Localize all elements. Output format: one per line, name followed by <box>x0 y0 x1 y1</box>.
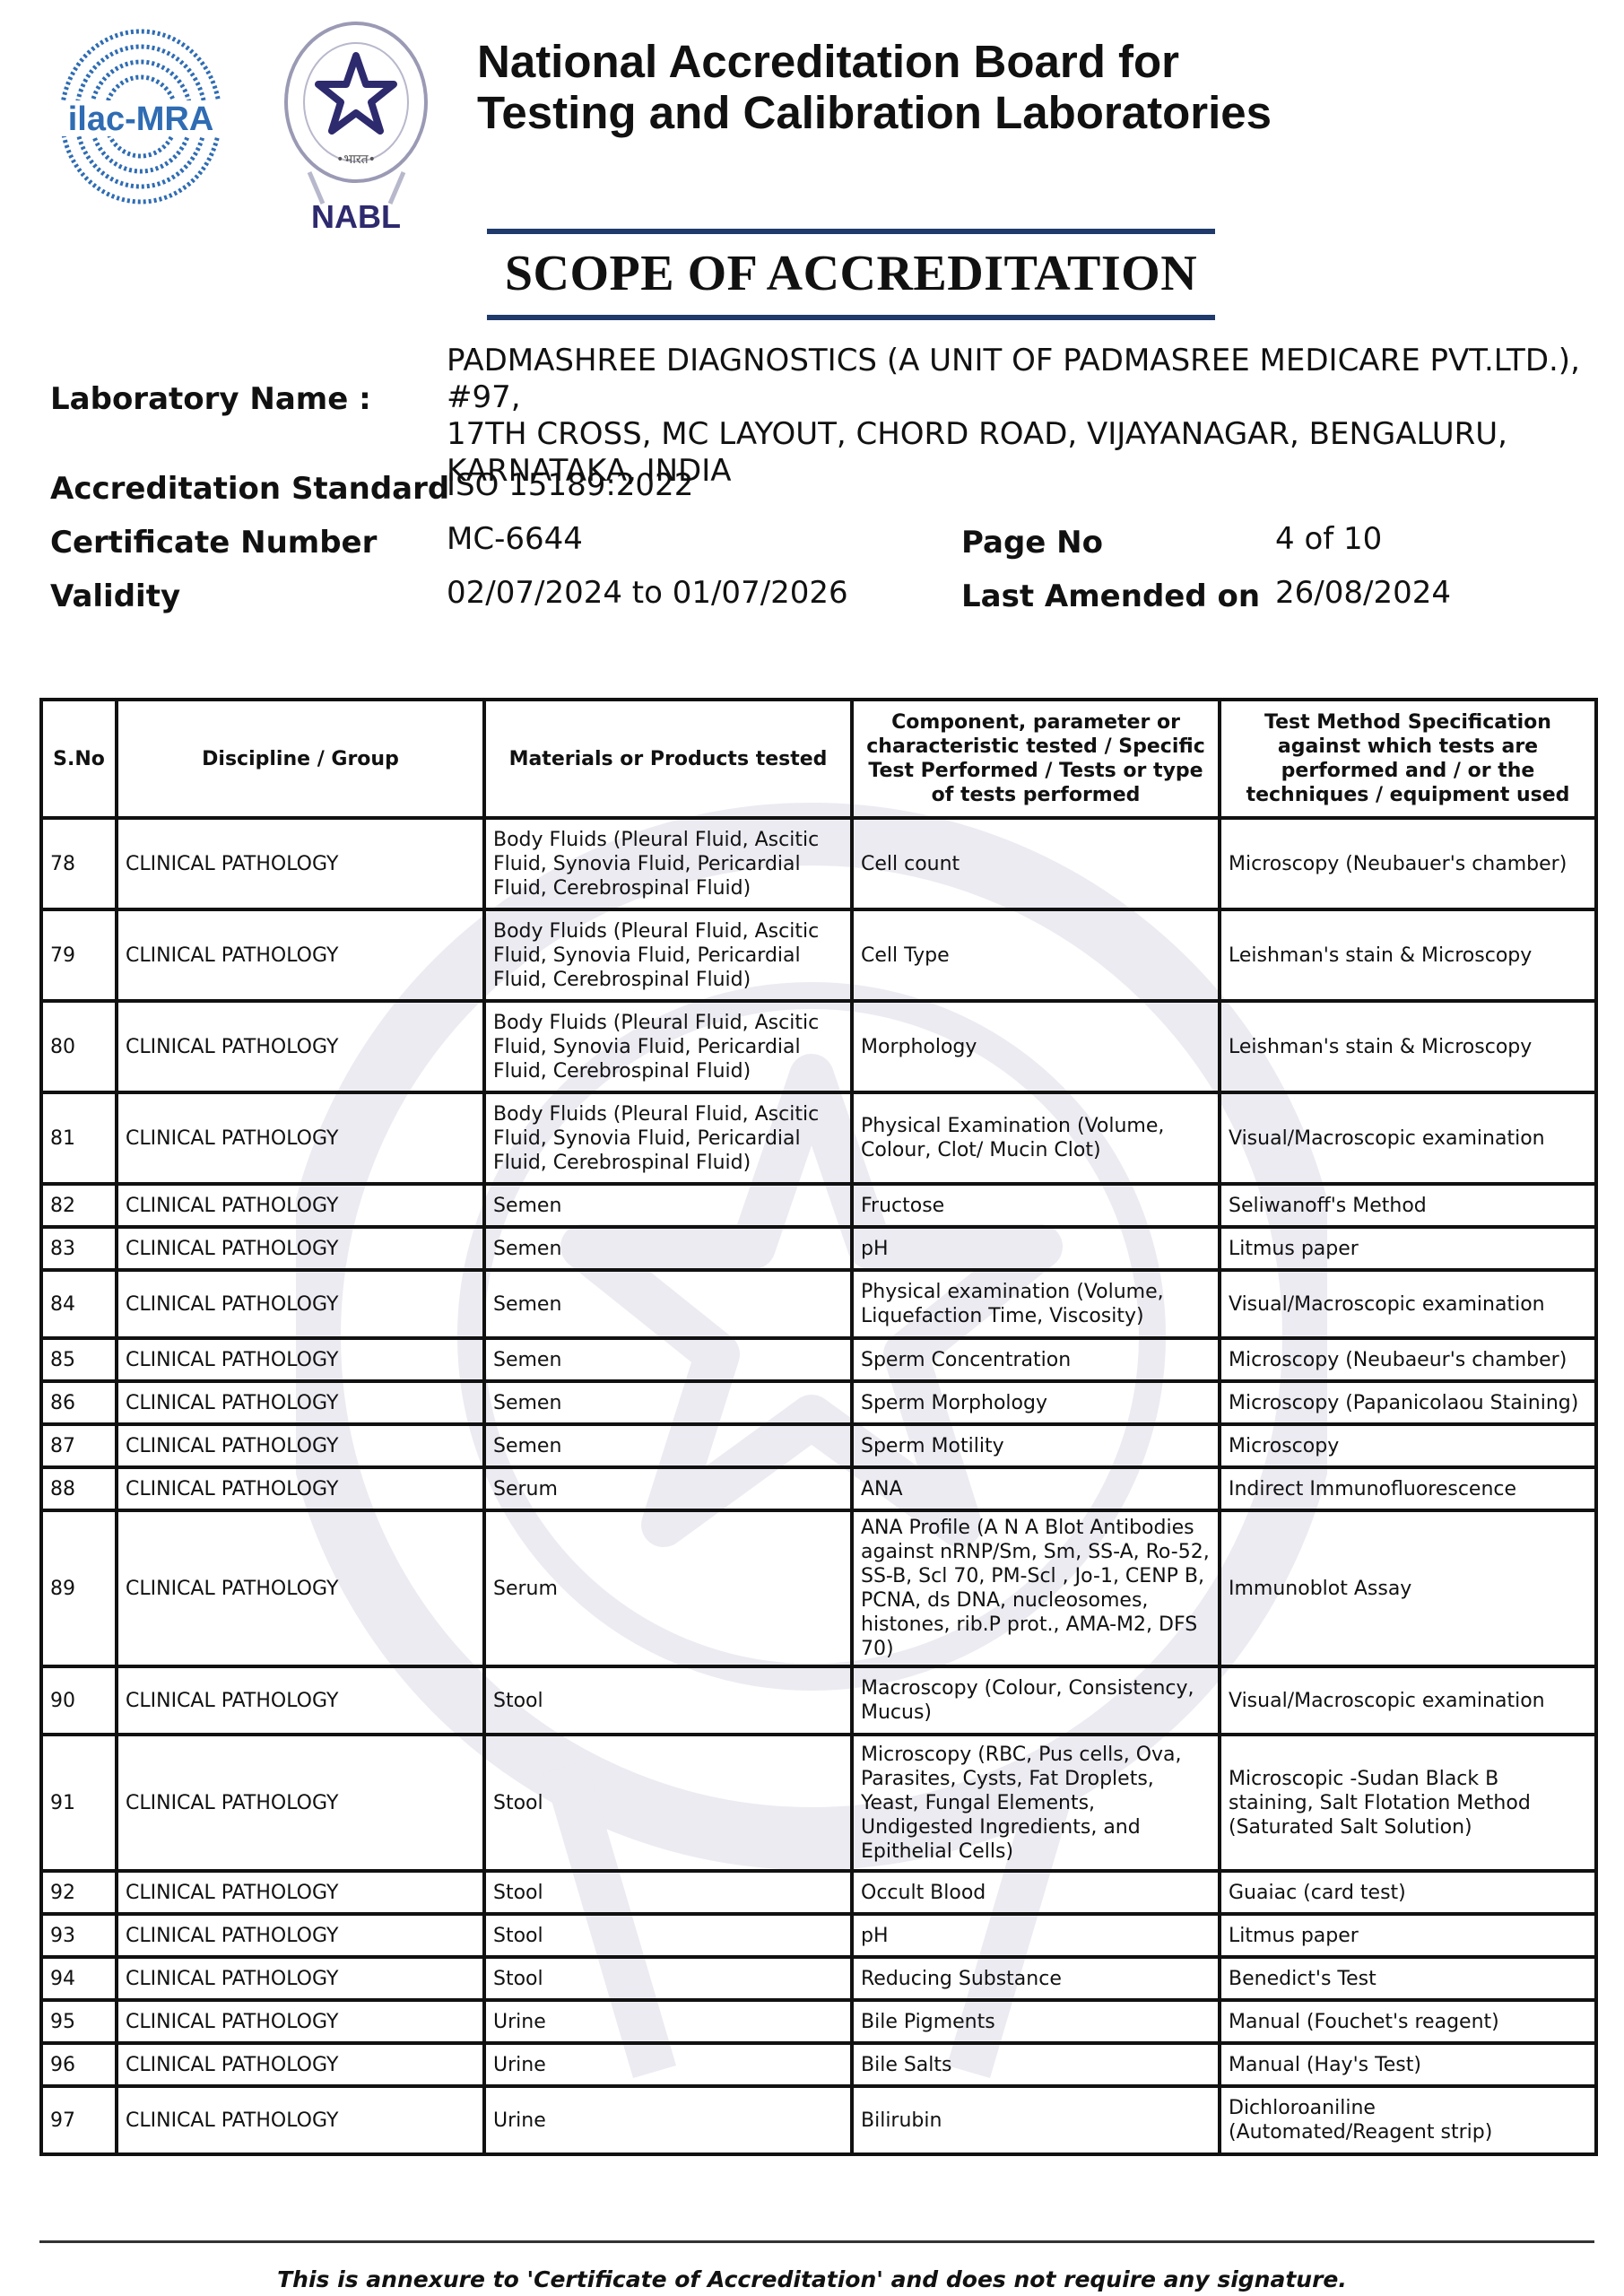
cell-sno: 86 <box>41 1381 117 1424</box>
cell-sno: 95 <box>41 2000 117 2043</box>
cell-method: Guaiac (card test) <box>1220 1871 1596 1914</box>
cell-sno: 80 <box>41 1001 117 1092</box>
cell-discipline: CLINICAL PATHOLOGY <box>117 1424 484 1467</box>
org-title: National Accreditation Board for Testing… <box>477 36 1272 138</box>
cell-discipline: CLINICAL PATHOLOGY <box>117 2086 484 2154</box>
col-header-sno: S.No <box>41 700 117 818</box>
cell-method: Manual (Hay's Test) <box>1220 2043 1596 2086</box>
scope-table: S.No Discipline / Group Materials or Pro… <box>39 698 1598 2156</box>
cell-material: Serum <box>484 1467 852 1510</box>
cell-parameter: Fructose <box>852 1184 1220 1227</box>
cell-parameter: Bilirubin <box>852 2086 1220 2154</box>
cell-discipline: CLINICAL PATHOLOGY <box>117 2043 484 2086</box>
cell-method: Microscopy <box>1220 1424 1596 1467</box>
org-title-line2: Testing and Calibration Laboratories <box>477 87 1272 138</box>
cell-method: Litmus paper <box>1220 1227 1596 1270</box>
cell-method: Litmus paper <box>1220 1914 1596 1957</box>
cell-parameter: pH <box>852 1227 1220 1270</box>
cell-discipline: CLINICAL PATHOLOGY <box>117 1270 484 1338</box>
cell-parameter: Microscopy (RBC, Pus cells, Ova, Parasit… <box>852 1735 1220 1871</box>
cell-discipline: CLINICAL PATHOLOGY <box>117 1381 484 1424</box>
cell-sno: 94 <box>41 1957 117 2000</box>
cell-material: Urine <box>484 2043 852 2086</box>
cell-parameter: ANA <box>852 1467 1220 1510</box>
cell-method: Leishman's stain & Microscopy <box>1220 909 1596 1001</box>
cell-method: Visual/Macroscopic examination <box>1220 1270 1596 1338</box>
col-header-parameter: Component, parameter or characteristic t… <box>852 700 1220 818</box>
standard-value: ISO 15189:2022 <box>447 467 693 504</box>
ilac-mra-logo: ilac-MRA <box>56 27 226 206</box>
table-row: 93CLINICAL PATHOLOGYStoolpHLitmus paper <box>41 1914 1596 1957</box>
footer-note: This is annexure to 'Certificate of Accr… <box>0 2266 1624 2292</box>
cell-discipline: CLINICAL PATHOLOGY <box>117 1666 484 1735</box>
title-rule-bottom <box>487 315 1215 320</box>
cell-material: Urine <box>484 2000 852 2043</box>
org-title-line1: National Accreditation Board for <box>477 36 1272 87</box>
cell-parameter: Physical Examination (Volume, Colour, Cl… <box>852 1092 1220 1184</box>
cell-discipline: CLINICAL PATHOLOGY <box>117 1184 484 1227</box>
cell-parameter: ANA Profile (A N A Blot Antibodies again… <box>852 1510 1220 1666</box>
cell-material: Semen <box>484 1381 852 1424</box>
cell-sno: 91 <box>41 1735 117 1871</box>
cell-method: Manual (Fouchet's reagent) <box>1220 2000 1596 2043</box>
cell-material: Urine <box>484 2086 852 2154</box>
cell-material: Serum <box>484 1510 852 1666</box>
cell-sno: 84 <box>41 1270 117 1338</box>
col-header-discipline: Discipline / Group <box>117 700 484 818</box>
table-body: 78CLINICAL PATHOLOGYBody Fluids (Pleural… <box>41 818 1596 2154</box>
table-row: 82CLINICAL PATHOLOGYSemenFructoseSeliwan… <box>41 1184 1596 1227</box>
cell-method: Immunoblot Assay <box>1220 1510 1596 1666</box>
nabl-text: NABL <box>311 198 401 235</box>
cell-material: Stool <box>484 1957 852 2000</box>
cell-material: Stool <box>484 1871 852 1914</box>
cell-discipline: CLINICAL PATHOLOGY <box>117 1914 484 1957</box>
table-row: 95CLINICAL PATHOLOGYUrineBile PigmentsMa… <box>41 2000 1596 2043</box>
table-row: 86CLINICAL PATHOLOGYSemenSperm Morpholog… <box>41 1381 1596 1424</box>
certificate-label: Certificate Number <box>50 525 377 561</box>
ilac-mra-text: ilac-MRA <box>68 100 214 138</box>
cell-material: Stool <box>484 1914 852 1957</box>
footer-divider <box>39 2240 1594 2243</box>
cell-material: Stool <box>484 1735 852 1871</box>
table-row: 85CLINICAL PATHOLOGYSemenSperm Concentra… <box>41 1338 1596 1381</box>
cell-parameter: Sperm Motility <box>852 1424 1220 1467</box>
cell-sno: 88 <box>41 1467 117 1510</box>
certificate-value: MC-6644 <box>447 521 583 558</box>
table-row: 91CLINICAL PATHOLOGYStoolMicroscopy (RBC… <box>41 1735 1596 1871</box>
table-row: 89CLINICAL PATHOLOGYSerumANA Profile (A … <box>41 1510 1596 1666</box>
cell-method: Microscopy (Neubaeur's chamber) <box>1220 1338 1596 1381</box>
table-row: 78CLINICAL PATHOLOGYBody Fluids (Pleural… <box>41 818 1596 909</box>
cell-sno: 96 <box>41 2043 117 2086</box>
cell-parameter: pH <box>852 1914 1220 1957</box>
cell-parameter: Macroscopy (Colour, Consistency, Mucus) <box>852 1666 1220 1735</box>
cell-sno: 93 <box>41 1914 117 1957</box>
cell-discipline: CLINICAL PATHOLOGY <box>117 1001 484 1092</box>
cell-method: Dichloroaniline (Automated/Reagent strip… <box>1220 2086 1596 2154</box>
cell-discipline: CLINICAL PATHOLOGY <box>117 1735 484 1871</box>
table-row: 96CLINICAL PATHOLOGYUrineBile SaltsManua… <box>41 2043 1596 2086</box>
last-amended-label: Last Amended on <box>961 578 1260 614</box>
cell-material: Semen <box>484 1424 852 1467</box>
table-row: 97CLINICAL PATHOLOGYUrineBilirubinDichlo… <box>41 2086 1596 2154</box>
cell-material: Body Fluids (Pleural Fluid, Ascitic Flui… <box>484 909 852 1001</box>
cell-parameter: Physical examination (Volume, Liquefacti… <box>852 1270 1220 1338</box>
cell-material: Semen <box>484 1338 852 1381</box>
cell-discipline: CLINICAL PATHOLOGY <box>117 1338 484 1381</box>
cell-sno: 90 <box>41 1666 117 1735</box>
cell-sno: 85 <box>41 1338 117 1381</box>
cell-parameter: Bile Pigments <box>852 2000 1220 2043</box>
page-title: SCOPE OF ACCREDITATION <box>487 234 1215 315</box>
scope-title-block: SCOPE OF ACCREDITATION <box>487 229 1215 320</box>
cell-sno: 97 <box>41 2086 117 2154</box>
table-row: 90CLINICAL PATHOLOGYStoolMacroscopy (Col… <box>41 1666 1596 1735</box>
cell-sno: 92 <box>41 1871 117 1914</box>
cell-parameter: Sperm Morphology <box>852 1381 1220 1424</box>
cell-sno: 82 <box>41 1184 117 1227</box>
cell-discipline: CLINICAL PATHOLOGY <box>117 1510 484 1666</box>
cell-sno: 83 <box>41 1227 117 1270</box>
cell-method: Microscopy (Papanicolaou Staining) <box>1220 1381 1596 1424</box>
table-row: 83CLINICAL PATHOLOGYSemenpHLitmus paper <box>41 1227 1596 1270</box>
cell-material: Body Fluids (Pleural Fluid, Ascitic Flui… <box>484 1092 852 1184</box>
cell-material: Body Fluids (Pleural Fluid, Ascitic Flui… <box>484 1001 852 1092</box>
table-row: 87CLINICAL PATHOLOGYSemenSperm MotilityM… <box>41 1424 1596 1467</box>
cell-material: Semen <box>484 1184 852 1227</box>
last-amended-value: 26/08/2024 <box>1275 575 1451 612</box>
cell-parameter: Morphology <box>852 1001 1220 1092</box>
cell-material: Stool <box>484 1666 852 1735</box>
col-header-materials: Materials or Products tested <box>484 700 852 818</box>
cell-discipline: CLINICAL PATHOLOGY <box>117 909 484 1001</box>
page-no-label: Page No <box>961 525 1103 561</box>
star-icon <box>318 56 394 131</box>
cell-parameter: Sperm Concentration <box>852 1338 1220 1381</box>
table-row: 80CLINICAL PATHOLOGYBody Fluids (Pleural… <box>41 1001 1596 1092</box>
cell-method: Leishman's stain & Microscopy <box>1220 1001 1596 1092</box>
table-row: 79CLINICAL PATHOLOGYBody Fluids (Pleural… <box>41 909 1596 1001</box>
standard-label: Accreditation Standard <box>50 471 449 507</box>
page-no-value: 4 of 10 <box>1275 521 1382 558</box>
nabl-sub-text: •भारत• <box>336 152 376 167</box>
cell-discipline: CLINICAL PATHOLOGY <box>117 1227 484 1270</box>
cell-method: Microscopy (Neubauer's chamber) <box>1220 818 1596 909</box>
cell-discipline: CLINICAL PATHOLOGY <box>117 2000 484 2043</box>
cell-parameter: Cell count <box>852 818 1220 909</box>
cell-discipline: CLINICAL PATHOLOGY <box>117 1467 484 1510</box>
cell-parameter: Occult Blood <box>852 1871 1220 1914</box>
cell-method: Indirect Immunofluorescence <box>1220 1467 1596 1510</box>
cell-parameter: Cell Type <box>852 909 1220 1001</box>
cell-sno: 79 <box>41 909 117 1001</box>
cell-discipline: CLINICAL PATHOLOGY <box>117 1957 484 2000</box>
table-row: 81CLINICAL PATHOLOGYBody Fluids (Pleural… <box>41 1092 1596 1184</box>
table-row: 84CLINICAL PATHOLOGYSemenPhysical examin… <box>41 1270 1596 1338</box>
cell-material: Semen <box>484 1270 852 1338</box>
col-header-method: Test Method Specification against which … <box>1220 700 1596 818</box>
table-row: 94CLINICAL PATHOLOGYStoolReducing Substa… <box>41 1957 1596 2000</box>
cell-discipline: CLINICAL PATHOLOGY <box>117 1092 484 1184</box>
cell-method: Benedict's Test <box>1220 1957 1596 2000</box>
cell-method: Visual/Macroscopic examination <box>1220 1092 1596 1184</box>
cell-sno: 89 <box>41 1510 117 1666</box>
cell-sno: 87 <box>41 1424 117 1467</box>
validity-label: Validity <box>50 578 180 614</box>
cell-discipline: CLINICAL PATHOLOGY <box>117 1871 484 1914</box>
nabl-logo: •भारत• NABL <box>274 20 439 235</box>
table-row: 88CLINICAL PATHOLOGYSerumANAIndirect Imm… <box>41 1467 1596 1510</box>
cell-parameter: Bile Salts <box>852 2043 1220 2086</box>
cell-material: Semen <box>484 1227 852 1270</box>
table-header-row: S.No Discipline / Group Materials or Pro… <box>41 700 1596 818</box>
lab-name-label: Laboratory Name : <box>50 381 371 417</box>
cell-material: Body Fluids (Pleural Fluid, Ascitic Flui… <box>484 818 852 909</box>
validity-value: 02/07/2024 to 01/07/2026 <box>447 575 848 612</box>
cell-discipline: CLINICAL PATHOLOGY <box>117 818 484 909</box>
cell-parameter: Reducing Substance <box>852 1957 1220 2000</box>
cell-method: Visual/Macroscopic examination <box>1220 1666 1596 1735</box>
cell-sno: 81 <box>41 1092 117 1184</box>
cell-sno: 78 <box>41 818 117 909</box>
cell-method: Seliwanoff's Method <box>1220 1184 1596 1227</box>
table-row: 92CLINICAL PATHOLOGYStoolOccult BloodGua… <box>41 1871 1596 1914</box>
cell-method: Microscopic -Sudan Black B staining, Sal… <box>1220 1735 1596 1871</box>
